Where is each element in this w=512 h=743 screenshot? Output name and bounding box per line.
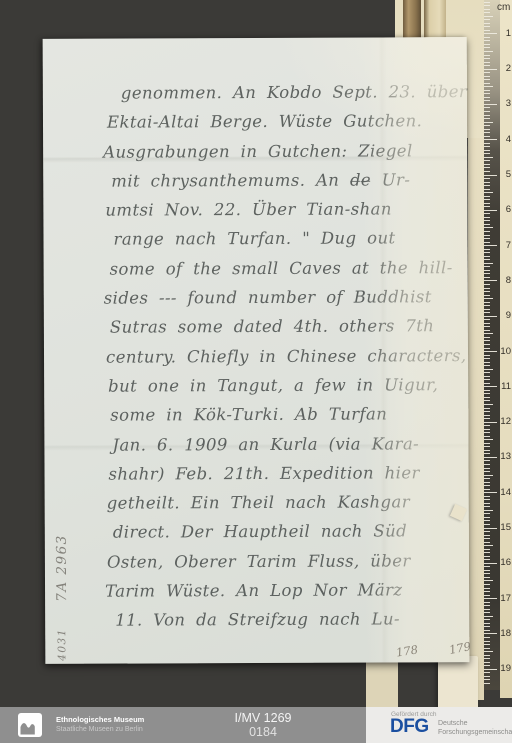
ruler-tick xyxy=(484,167,490,168)
ruler-tick xyxy=(484,362,490,363)
ruler-tick xyxy=(484,47,490,48)
ruler-tick xyxy=(484,305,490,306)
ruler-tick xyxy=(484,196,490,197)
ruler-tick xyxy=(484,5,490,6)
ruler-tick xyxy=(484,44,490,45)
manuscript-line: Sutras some dated 4th. others 7th xyxy=(110,311,464,342)
ruler-tick xyxy=(484,641,490,642)
ruler-tick xyxy=(484,598,497,599)
ruler-tick xyxy=(484,609,490,610)
ruler-tick xyxy=(484,612,490,613)
ruler-tick xyxy=(484,340,490,341)
ruler-tick xyxy=(484,76,490,77)
ruler-tick xyxy=(484,192,493,193)
manuscript-line: genommen. An Kobdo Sept. 23. über xyxy=(121,77,463,108)
ruler-tick xyxy=(484,118,490,119)
manuscript-line: century. Chiefly in Chinese characters, xyxy=(106,341,464,372)
ruler-tick xyxy=(484,280,497,281)
ruler-tick xyxy=(484,115,490,116)
manuscript-line: 11. Von da Streifzug nach Lu- xyxy=(115,604,465,635)
ruler-number: 9 xyxy=(506,310,511,321)
ruler-tick xyxy=(484,369,493,370)
ruler-tick xyxy=(484,23,490,24)
ruler-tick xyxy=(484,249,490,250)
ruler-tick xyxy=(484,348,490,349)
ruler-tick xyxy=(484,171,490,172)
ruler-tick xyxy=(484,552,490,553)
ruler-tick xyxy=(484,665,490,666)
ruler-tick xyxy=(484,2,490,3)
ruler-tick xyxy=(484,37,490,38)
ruler-tick xyxy=(484,580,493,581)
ruler-tick xyxy=(484,358,490,359)
ruler-tick xyxy=(484,365,490,366)
ruler-tick xyxy=(484,577,490,578)
ruler-tick xyxy=(484,453,490,454)
ruler-tick xyxy=(484,107,490,108)
ruler-tick xyxy=(484,468,490,469)
ruler-tick xyxy=(484,404,493,405)
ruler-tick xyxy=(484,651,493,652)
ruler-tick xyxy=(484,446,490,447)
ruler-number: 17 xyxy=(500,593,511,604)
ruler-tick xyxy=(484,602,490,603)
funder-name-line1: Deutsche xyxy=(438,720,512,729)
manuscript-line: getheilt. Ein Theil nach Kashgar xyxy=(107,487,465,518)
ruler-unit-label: cm xyxy=(497,2,510,13)
funder-name: Deutsche Forschungsgemeinschaft xyxy=(438,720,512,737)
ruler-tick xyxy=(484,97,490,98)
ruler-tick xyxy=(484,520,490,521)
ruler-tick xyxy=(484,559,490,560)
ruler-tick xyxy=(484,662,490,663)
ruler-tick xyxy=(484,227,493,228)
ruler-tick xyxy=(484,256,490,257)
ruler-tick xyxy=(484,203,490,204)
ruler-tick xyxy=(484,252,490,253)
ruler-tick xyxy=(484,499,490,500)
ruler-tick xyxy=(484,432,490,433)
ruler-tick xyxy=(484,450,490,451)
ruler-tick xyxy=(484,178,490,179)
scan-viewport: 12345678910111213141516171819 cm genomme… xyxy=(0,0,512,743)
ruler-tick xyxy=(484,538,490,539)
caption-bar-left: Ethnologisches Museum Staatliche Museen … xyxy=(0,707,366,743)
ruler-tick xyxy=(484,175,497,176)
ruler-tick xyxy=(484,626,490,627)
ruler-tick xyxy=(484,535,490,536)
ruler-tick xyxy=(484,372,490,373)
ruler-tick xyxy=(484,143,490,144)
ruler-tick xyxy=(484,298,493,299)
ruler-tick xyxy=(484,679,490,680)
ruler-tick xyxy=(484,259,490,260)
manuscript-line: direct. Der Hauptheil nach Süd xyxy=(113,517,465,548)
ruler-tick xyxy=(484,83,490,84)
ruler-tick xyxy=(484,199,490,200)
ruler-tick xyxy=(484,157,493,158)
ruler-tick xyxy=(484,86,493,87)
ruler-tick xyxy=(484,411,490,412)
ruler-tick xyxy=(484,344,490,345)
ruler-tick xyxy=(484,206,490,207)
ruler-tick xyxy=(484,295,490,296)
ruler-number: 12 xyxy=(500,416,511,427)
margin-inventory-annotation: 4031 7A 2963 xyxy=(52,489,72,661)
ruler-tick xyxy=(484,210,497,211)
manuscript-line: Tarim Wüste. An Lop Nor März xyxy=(105,575,465,606)
ruler-number: 4 xyxy=(506,134,511,145)
ruler-tick xyxy=(484,326,490,327)
manuscript-line: mit chrysanthemums. An d̶e̶ Ur- xyxy=(111,165,463,196)
ruler-tick xyxy=(484,79,490,80)
ruler-tick xyxy=(484,111,490,112)
ruler-tick xyxy=(484,595,490,596)
ruler-number: 15 xyxy=(500,522,511,533)
ruler-tick xyxy=(484,566,490,567)
manuscript-line: Ausgrabungen in Gutchen: Ziegel xyxy=(103,136,463,167)
ruler-tick xyxy=(484,545,493,546)
ruler-tick xyxy=(484,379,490,380)
ruler-tick xyxy=(484,408,490,409)
annotation-number: 4031 xyxy=(56,628,68,661)
ruler-tick xyxy=(484,637,490,638)
ruler-tick xyxy=(484,492,497,493)
manuscript-line: sides --- found number of Buddhist xyxy=(104,282,464,313)
ruler-tick xyxy=(484,139,497,140)
ruler-tick xyxy=(484,266,490,267)
ruler-tick xyxy=(484,669,497,670)
ruler-tick xyxy=(484,556,490,557)
ruler-number: 11 xyxy=(501,381,511,392)
ruler-tick xyxy=(484,273,490,274)
ruler-tick xyxy=(484,136,490,137)
ruler-tick xyxy=(484,245,497,246)
ruler-tick xyxy=(484,351,497,352)
manuscript-line: Jan. 6. 1909 an Kurla (via Kara- xyxy=(112,429,464,460)
ruler-tick xyxy=(484,302,490,303)
ruler-tick xyxy=(484,616,493,617)
annotation-number: 7A 2963 xyxy=(54,534,70,602)
ruler-number: 14 xyxy=(500,487,511,498)
ruler-tick xyxy=(484,460,490,461)
ruler-number: 18 xyxy=(500,628,511,639)
ruler-tick xyxy=(484,506,490,507)
ruler-tick xyxy=(484,496,490,497)
ruler-tick xyxy=(484,224,490,225)
ruler-tick xyxy=(484,633,497,634)
ruler-tick xyxy=(484,150,490,151)
funder-name-line2: Forschungsgemeinschaft xyxy=(438,729,512,738)
ruler-tick xyxy=(484,489,490,490)
ruler-tick xyxy=(484,69,497,70)
manuscript-page: genommen. An Kobdo Sept. 23. überEktai-A… xyxy=(43,37,470,664)
ruler-tick xyxy=(484,316,497,317)
ruler-tick xyxy=(484,542,490,543)
manuscript-line: range nach Turfan. " Dug out xyxy=(113,224,463,255)
page-edge-tab xyxy=(366,661,398,709)
ruler-tick xyxy=(484,482,490,483)
ruler-tick xyxy=(484,16,493,17)
ruler-tick xyxy=(484,263,493,264)
ruler-tick xyxy=(484,337,490,338)
ruler-tick xyxy=(484,19,490,20)
ruler-tick xyxy=(484,591,490,592)
ruler-tick xyxy=(484,376,490,377)
ruler-tick xyxy=(484,309,490,310)
ruler-tick xyxy=(484,220,490,221)
ruler-scale xyxy=(484,0,500,690)
ruler-number: 6 xyxy=(506,204,511,215)
ruler-tick xyxy=(484,400,490,401)
ruler-tick xyxy=(484,217,490,218)
museum-subtitle: Staatliche Museen zu Berlin xyxy=(56,725,144,735)
ruler-tick xyxy=(484,291,490,292)
ruler-tick xyxy=(484,528,497,529)
ruler-tick xyxy=(484,235,490,236)
ruler-tick xyxy=(484,531,490,532)
ruler-tick xyxy=(484,30,490,31)
manuscript-line: shahr) Feb. 21th. Expedition hier xyxy=(108,458,464,489)
ruler-tick xyxy=(484,132,490,133)
ruler-tick xyxy=(484,415,490,416)
ruler-tick xyxy=(484,683,490,684)
ruler-tick xyxy=(484,242,490,243)
ruler-tick xyxy=(484,443,490,444)
smb-logo-icon xyxy=(18,713,42,737)
ruler-tick xyxy=(484,475,493,476)
ruler-tick xyxy=(484,386,497,387)
scan-page-number: 0184 xyxy=(226,726,300,740)
manuscript-line: some of the small Caves at the hill- xyxy=(110,253,464,284)
ruler-tick xyxy=(484,231,490,232)
ruler-tick xyxy=(484,648,490,649)
manuscript-line: some in Kök-Turki. Ab Turfan xyxy=(110,399,464,430)
ruler-tick xyxy=(484,330,490,331)
caption-bar: Ethnologisches Museum Staatliche Museen … xyxy=(0,707,512,743)
ruler-tick xyxy=(484,383,490,384)
ruler-tick xyxy=(484,429,490,430)
manuscript-line: Ektai-Altai Berge. Wüste Gutchen. xyxy=(107,106,463,137)
manuscript-text: genommen. An Kobdo Sept. 23. überEktai-A… xyxy=(73,77,465,635)
ruler-number: 5 xyxy=(506,169,511,180)
ruler-tick xyxy=(484,549,490,550)
ruler-tick xyxy=(484,658,490,659)
inventory-number: I/MV 1269 xyxy=(226,712,300,726)
ruler-tick xyxy=(484,563,497,564)
ruler-number: 16 xyxy=(500,557,511,568)
ruler-tick xyxy=(484,630,490,631)
ruler-tick xyxy=(484,125,490,126)
ruler-tick xyxy=(484,288,490,289)
ruler-tick xyxy=(484,238,490,239)
ruler-tick xyxy=(484,129,490,130)
manuscript-line: but one in Tangut, a few in Uigur, xyxy=(108,370,464,401)
ruler-number: 2 xyxy=(506,63,511,74)
ruler-tick xyxy=(484,485,490,486)
museum-title-block: Ethnologisches Museum Staatliche Museen … xyxy=(56,715,144,734)
ruler-tick xyxy=(484,189,490,190)
ruler-tick xyxy=(484,51,493,52)
ruler-tick xyxy=(484,90,490,91)
ruler-tick xyxy=(484,644,490,645)
ruler-tick xyxy=(484,439,493,440)
ruler-tick xyxy=(484,517,490,518)
ruler-tick xyxy=(484,65,490,66)
ruler-tick xyxy=(484,393,490,394)
ruler-tick xyxy=(484,12,490,13)
ruler-numbers: 12345678910111213141516171819 xyxy=(500,0,512,698)
ruler-tick xyxy=(484,436,490,437)
ruler-tick xyxy=(484,478,490,479)
ruler-number: 8 xyxy=(506,275,511,286)
ruler-tick xyxy=(484,584,490,585)
ruler-tick xyxy=(484,284,490,285)
dfg-logo: DFG xyxy=(390,717,429,737)
ruler-tick xyxy=(484,72,490,73)
ruler-tick xyxy=(484,93,490,94)
ruler-tick xyxy=(484,312,490,313)
ruler-number: 1 xyxy=(506,28,511,39)
ruler-tick xyxy=(484,672,490,673)
ruler-tick xyxy=(484,182,490,183)
ruler-tick xyxy=(484,153,490,154)
ruler-tick xyxy=(484,355,490,356)
ruler-tick xyxy=(484,58,490,59)
ruler-tick xyxy=(484,33,497,34)
ruler-number: 7 xyxy=(506,240,511,251)
ruler-tick xyxy=(484,9,490,10)
ruler-tick xyxy=(484,146,490,147)
ruler-tick xyxy=(484,471,490,472)
ruler-number: 10 xyxy=(500,346,511,357)
ruler-tick xyxy=(484,573,490,574)
ruler-tick xyxy=(484,213,490,214)
ruler-tick xyxy=(484,464,490,465)
ruler-tick xyxy=(484,270,490,271)
manuscript-line: umtsi Nov. 22. Über Tian-shan xyxy=(105,194,463,225)
ruler-tick xyxy=(484,510,493,511)
ruler-tick xyxy=(484,418,490,419)
ruler-tick xyxy=(484,524,490,525)
ruler-tick xyxy=(484,422,497,423)
ruler-tick xyxy=(484,605,490,606)
ruler-tick xyxy=(484,55,490,56)
ruler-tick xyxy=(484,588,490,589)
ruler-tick xyxy=(484,277,490,278)
museum-name: Ethnologisches Museum xyxy=(56,715,144,725)
ruler-tick xyxy=(484,457,497,458)
ruler-tick xyxy=(484,570,490,571)
ruler-tick xyxy=(484,655,490,656)
ruler-tick xyxy=(484,513,490,514)
ruler-tick xyxy=(484,676,490,677)
ruler-tick xyxy=(484,185,490,186)
ruler-tick xyxy=(484,122,493,123)
ruler-tick xyxy=(484,323,490,324)
ruler-tick xyxy=(484,164,490,165)
ruler-tick xyxy=(484,397,490,398)
manuscript-line: Osten, Oberer Tarim Fluss, über xyxy=(107,546,465,577)
page-edge-tab xyxy=(438,656,478,710)
inventory-block: I/MV 1269 0184 xyxy=(226,712,300,739)
ruler-tick xyxy=(484,100,490,101)
ruler-tick xyxy=(484,104,497,105)
ruler-number: 19 xyxy=(500,663,511,674)
caption-bar-right: Gefördert durch DFG Deutsche Forschungsg… xyxy=(366,707,512,743)
ruler-number: 3 xyxy=(506,98,511,109)
ruler-tick xyxy=(484,333,493,334)
ruler-tick xyxy=(484,40,490,41)
ruler-tick xyxy=(484,319,490,320)
ruler-number: 13 xyxy=(500,451,511,462)
ruler-tick xyxy=(484,390,490,391)
ruler-tick xyxy=(484,26,490,27)
ruler-tick xyxy=(484,619,490,620)
ruler-tick xyxy=(484,160,490,161)
ruler-tick xyxy=(484,623,490,624)
ruler-tick xyxy=(484,62,490,63)
ruler-tick xyxy=(484,425,490,426)
ruler-tick xyxy=(484,503,490,504)
